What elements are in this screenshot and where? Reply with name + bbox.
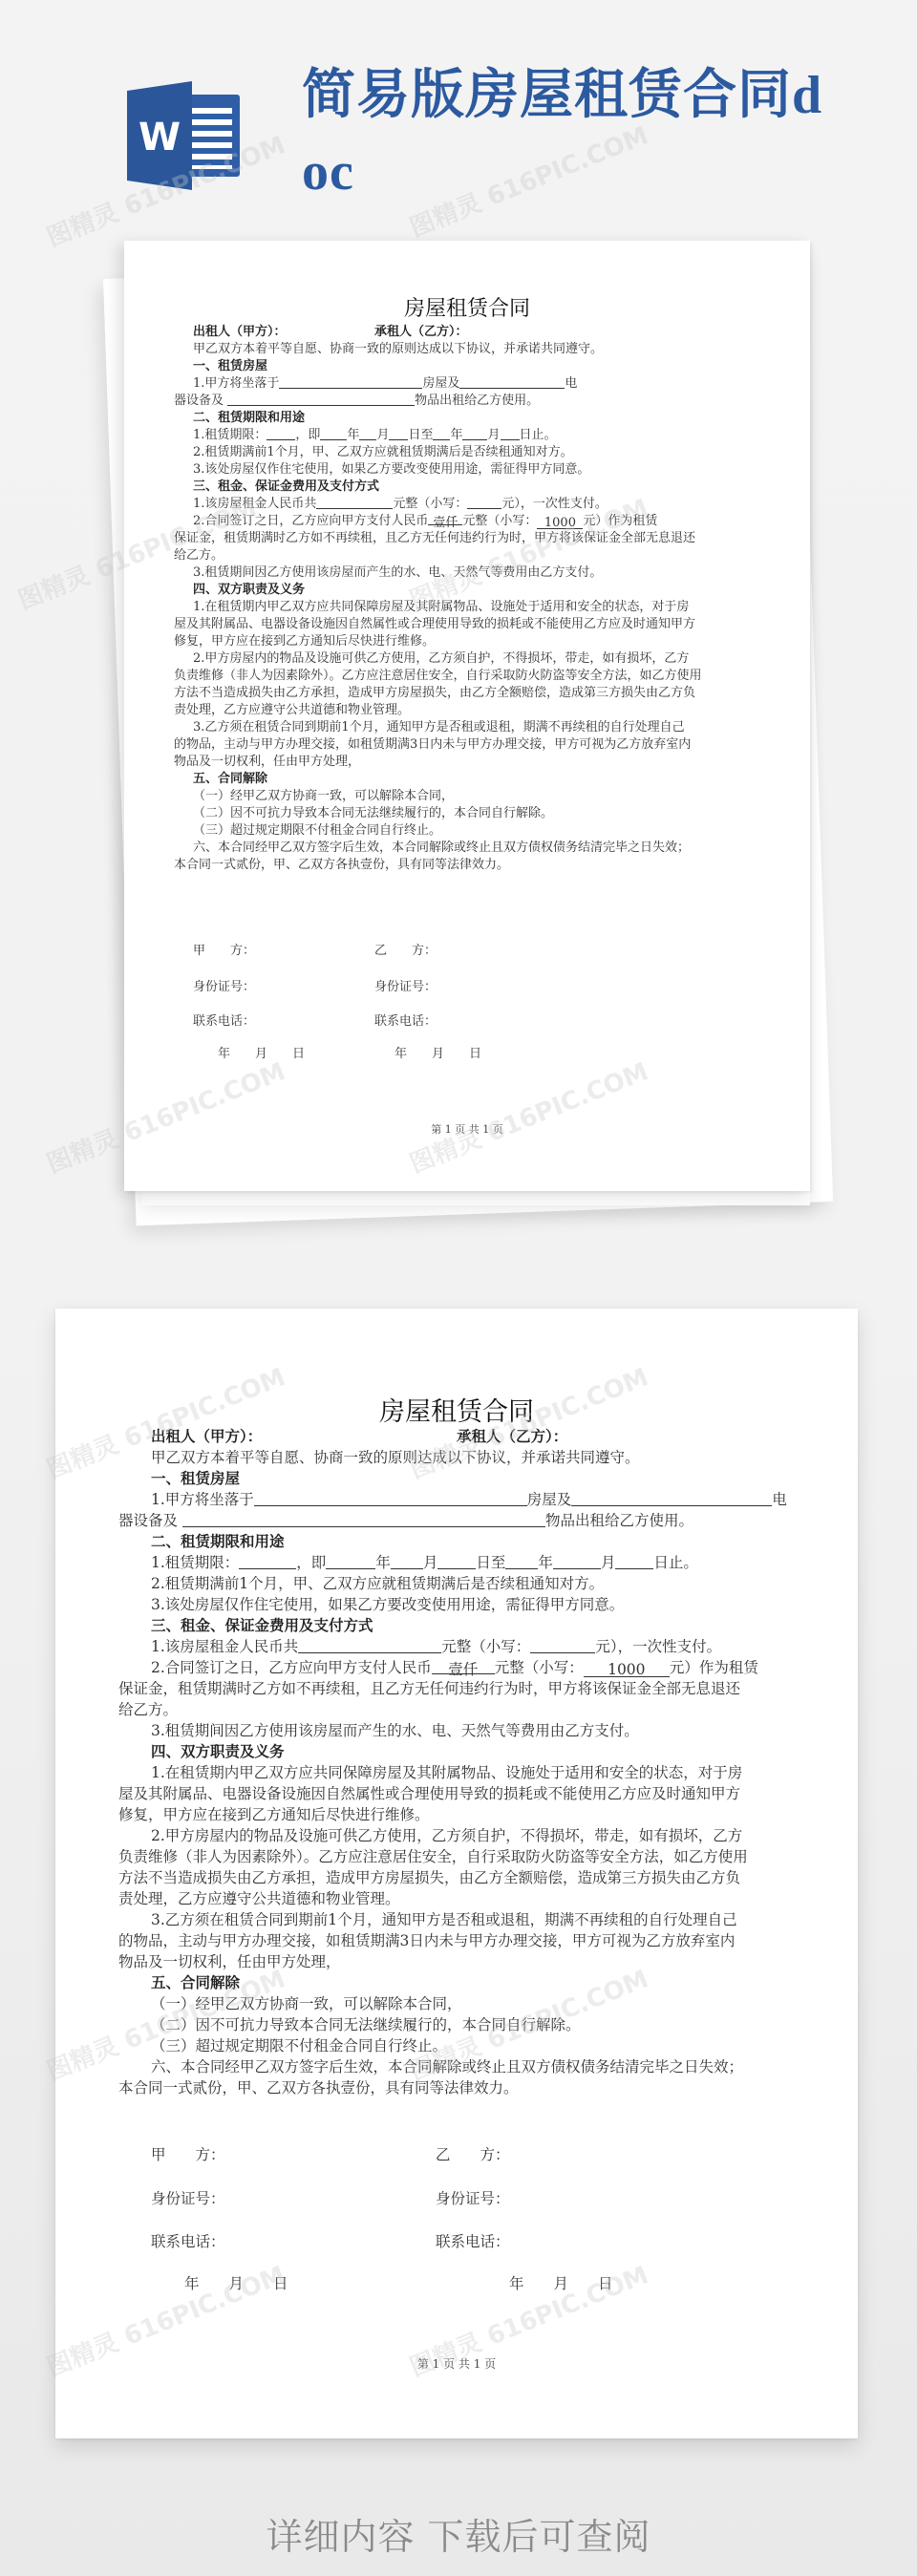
clause-line: 1.该房屋租金人民币共元整（小写：元），一次性支付。 bbox=[151, 1635, 721, 1656]
clause-line: 本合同一式贰份，甲、乙双方各执壹份，具有同等法律效力。 bbox=[118, 2076, 519, 2097]
clause-line: 器设备及 物品出租给乙方使用。 bbox=[174, 390, 539, 408]
section-heading: 一、租赁房屋 bbox=[193, 355, 267, 373]
clause-line: （三）超过规定期限不付租金合同自行终止。 bbox=[193, 820, 441, 838]
clause-line: 2.租赁期满前1个月，甲、乙双方应就租赁期满后是否续租通知对方。 bbox=[193, 441, 573, 459]
section-heading: 五、合同解除 bbox=[193, 768, 267, 786]
word-document-icon: W bbox=[127, 81, 244, 190]
signature-date-a: 年 月 日 bbox=[218, 1043, 305, 1061]
clause-line: 3.租赁期间因乙方使用该房屋而产生的水、电、天然气等费用由乙方支付。 bbox=[151, 1719, 639, 1740]
signature-phone-b: 联系电话： bbox=[436, 2230, 510, 2251]
signature-date-b: 年 月 日 bbox=[395, 1043, 481, 1061]
signature-party-b: 乙 方： bbox=[436, 2143, 510, 2164]
signature-id-b: 身份证号： bbox=[374, 976, 437, 994]
clause-line: （二）因不可抗力导致本合同无法继续履行的，本合同自行解除。 bbox=[151, 2013, 581, 2034]
clause-line: 本合同一式贰份，甲、乙双方各执壹份，具有同等法律效力。 bbox=[174, 854, 509, 872]
download-prompt-text: 详细内容 下载后可查阅 bbox=[0, 2507, 917, 2560]
clause-line: 2.甲方房屋内的物品及设施可供乙方使用，乙方须自护，不得损坏，带走，如有损坏，乙… bbox=[193, 648, 689, 666]
lessor-label: 出租人（甲方）： bbox=[151, 1425, 262, 1446]
clause-line: 1.在租赁期内甲乙双方应共同保障房屋及其附属物品、设施处于适用和安全的状态，对于… bbox=[193, 596, 689, 614]
clause-line: 屋及其附属品、电器设备设施因自然属性或合理使用导致的损耗或不能使用乙方应及时通知… bbox=[174, 613, 695, 631]
clause-line: 物品及一切权利，任由甲方处理， bbox=[174, 751, 360, 769]
clause-line: （一）经甲乙双方协商一致，可以解除本合同， bbox=[151, 1992, 462, 2013]
signature-party-a: 甲 方： bbox=[151, 2143, 225, 2164]
clause-line: （二）因不可抗力导致本合同无法继续履行的，本合同自行解除。 bbox=[193, 802, 553, 820]
clause-line: （一）经甲乙双方协商一致，可以解除本合同， bbox=[193, 785, 454, 803]
clause-line: 器设备及 物品出租给乙方使用。 bbox=[118, 1509, 693, 1530]
clause-line: 屋及其附属品、电器设备设施因自然属性或合理使用导致的损耗或不能使用乙方应及时通知… bbox=[118, 1782, 740, 1803]
clause-line: 负责维修（非人为因素除外）。乙方应注意居住安全，自行采取防火防盗等安全方法，如乙… bbox=[118, 1845, 748, 1866]
signature-phone-a: 联系电话： bbox=[151, 2230, 225, 2251]
section-heading: 四、双方职责及义务 bbox=[151, 1740, 285, 1761]
lessee-label: 承租人（乙方）： bbox=[374, 321, 468, 339]
clause-line: 方法不当造成损失由乙方承担，造成甲方房屋损失，由乙方全额赔偿，造成第三方损失由乙… bbox=[118, 1866, 740, 1887]
clause-line: 责处理，乙方应遵守公共道德和物业管理。 bbox=[174, 699, 410, 717]
contract-page-1: 房屋租赁合同 出租人（甲方）： 承租人（乙方）： 甲乙双方本着平等自愿、协商一致… bbox=[124, 241, 810, 1191]
preamble: 甲乙双方本着平等自愿、协商一致的原则达成以下协议，并承诺共同遵守。 bbox=[151, 1446, 640, 1467]
signature-id-b: 身份证号： bbox=[436, 2187, 510, 2208]
section-heading: 二、租赁期限和用途 bbox=[151, 1530, 285, 1551]
clause-line: 负责维修（非人为因素除外）。乙方应注意居住安全，自行采取防火防盗等安全方法，如乙… bbox=[174, 665, 702, 683]
section-heading: 四、双方职责及义务 bbox=[193, 579, 305, 597]
section-heading: 五、合同解除 bbox=[151, 1971, 240, 1992]
signature-id-a: 身份证号： bbox=[193, 976, 255, 994]
contract-title: 房屋租赁合同 bbox=[55, 1391, 858, 1428]
clause-line: （三）超过规定期限不付租金合同自行终止。 bbox=[151, 2034, 447, 2055]
deposit-amount-words: 壹仟 bbox=[432, 1658, 495, 1674]
clause-line: 3.该处房屋仅作住宅使用，如果乙方要改变使用用途，需征得甲方同意。 bbox=[193, 458, 589, 477]
section-heading: 三、租金、保证金费用及支付方式 bbox=[193, 476, 379, 494]
clause-line: 给乙方。 bbox=[174, 544, 224, 563]
clause-line: 2.合同签订之日，乙方应向甲方支付人民币壹仟元整（小写：1000元）作为租赁 bbox=[193, 510, 657, 529]
clause-line: 六、本合同经甲乙双方签字后生效，本合同解除或终止且双方债权债务结清完毕之日失效； bbox=[193, 837, 690, 855]
page-number: 第 1 页 共 1 页 bbox=[55, 2355, 858, 2372]
clause-line: 六、本合同经甲乙双方签字后生效，本合同解除或终止且双方债权债务结清完毕之日失效； bbox=[151, 2055, 743, 2076]
clause-line: 保证金，租赁期满时乙方如不再续租，且乙方无任何违约行为时，甲方将该保证金全部无息… bbox=[118, 1677, 740, 1698]
clause-line: 修复，甲方应在接到乙方通知后尽快进行维修。 bbox=[118, 1803, 430, 1824]
clause-line: 的物品，主动与甲方办理交接，如租赁期满3日内未与甲方办理交接，甲方可视为乙方放弃… bbox=[118, 1929, 735, 1950]
signature-party-a: 甲 方： bbox=[193, 940, 255, 958]
contract-title: 房屋租赁合同 bbox=[124, 292, 810, 322]
signature-phone-b: 联系电话： bbox=[374, 1011, 437, 1029]
clause-line: 1.租赁期限：，即年月日至年月日止。 bbox=[193, 424, 557, 442]
contract-page-2: 房屋租赁合同 出租人（甲方）： 承租人（乙方）： 甲乙双方本着平等自愿、协商一致… bbox=[55, 1309, 858, 2438]
clause-line: 1.甲方将坐落于房屋及电 bbox=[151, 1488, 787, 1509]
clause-line: 2.租赁期满前1个月，甲、乙双方应就租赁期满后是否续租通知对方。 bbox=[151, 1572, 604, 1593]
clause-line: 责处理，乙方应遵守公共道德和物业管理。 bbox=[118, 1887, 400, 1908]
clause-line: 3.租赁期间因乙方使用该房屋而产生的水、电、天然气等费用由乙方支付。 bbox=[193, 562, 602, 580]
clause-line: 3.乙方须在租赁合同到期前1个月，通知甲方是否租或退租，期满不再续租的自行处理自… bbox=[151, 1908, 737, 1929]
section-heading: 二、租赁期限和用途 bbox=[193, 407, 305, 425]
signature-phone-a: 联系电话： bbox=[193, 1011, 255, 1029]
clause-line: 1.该房屋租金人民币共元整（小写：元），一次性支付。 bbox=[193, 493, 608, 511]
clause-line: 1.甲方将坐落于房屋及电 bbox=[193, 373, 577, 391]
deposit-amount-digits: 1000 bbox=[584, 1661, 670, 1677]
clause-line: 保证金，租赁期满时乙方如不再续租，且乙方无任何违约行为时，甲方将该保证金全部无息… bbox=[174, 527, 695, 545]
lessee-label: 承租人（乙方）： bbox=[457, 1425, 567, 1446]
signature-id-a: 身份证号： bbox=[151, 2187, 225, 2208]
signature-date-a: 年 月 日 bbox=[184, 2272, 288, 2293]
clause-line: 给乙方。 bbox=[118, 1698, 178, 1719]
clause-line: 2.合同签订之日，乙方应向甲方支付人民币壹仟元整（小写：1000元）作为租赁 bbox=[151, 1656, 758, 1677]
deposit-amount-words: 壹仟 bbox=[428, 512, 462, 525]
clause-line: 物品及一切权利，任由甲方处理， bbox=[118, 1950, 341, 1971]
clause-line: 1.租赁期限：，即年月日至年月日止。 bbox=[151, 1551, 698, 1572]
clause-line: 方法不当造成损失由乙方承担，造成甲方房屋损失，由乙方全额赔偿，造成第三方损失由乙… bbox=[174, 682, 695, 700]
signature-party-b: 乙 方： bbox=[374, 940, 437, 958]
section-heading: 一、租赁房屋 bbox=[151, 1467, 240, 1488]
signature-date-b: 年 月 日 bbox=[509, 2272, 613, 2293]
section-heading: 三、租金、保证金费用及支付方式 bbox=[151, 1614, 373, 1635]
document-title: 简易版房屋租赁合同doc bbox=[302, 57, 837, 210]
svg-text:W: W bbox=[139, 116, 181, 160]
lessor-label: 出租人（甲方）： bbox=[193, 321, 287, 339]
clause-line: 的物品，主动与甲方办理交接，如租赁期满3日内未与甲方办理交接，甲方可视为乙方放弃… bbox=[174, 734, 691, 752]
clause-line: 2.甲方房屋内的物品及设施可供乙方使用，乙方须自护，不得损坏，带走，如有损坏，乙… bbox=[151, 1824, 742, 1845]
preamble: 甲乙双方本着平等自愿、协商一致的原则达成以下协议，并承诺共同遵守。 bbox=[193, 338, 603, 356]
clause-line: 3.该处房屋仅作住宅使用，如果乙方要改变使用用途，需征得甲方同意。 bbox=[151, 1593, 624, 1614]
page-number: 第 1 页 共 1 页 bbox=[124, 1121, 810, 1137]
clause-line: 3.乙方须在租赁合同到期前1个月，通知甲方是否租或退租，期满不再续租的自行处理自… bbox=[193, 716, 685, 734]
clause-line: 修复，甲方应在接到乙方通知后尽快进行维修。 bbox=[174, 630, 435, 649]
clause-line: 1.在租赁期内甲乙双方应共同保障房屋及其附属物品、设施处于适用和安全的状态，对于… bbox=[151, 1761, 742, 1782]
